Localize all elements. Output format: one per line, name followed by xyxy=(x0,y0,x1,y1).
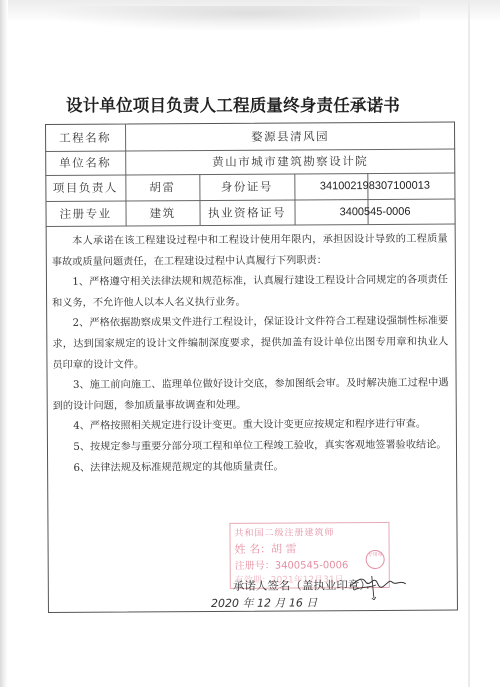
commitment-item-6: 6、法律法规及标准规范规定的其他质量责任。 xyxy=(53,456,449,479)
stamp-registration-number: 注册号：3400545-0006 xyxy=(235,556,349,572)
document-title: 设计单位项目负责人工程质量终身责任承诺书 xyxy=(66,92,426,116)
project-name-label: 工程名称 xyxy=(45,124,125,151)
seal-icon: 专用章 xyxy=(366,550,385,569)
commitment-item-2: 2、严格依据勘察成果文件进行工程设计，保证设计文件符合工程建设强制性标准要求，达… xyxy=(52,312,448,376)
project-leader-label: 项目负责人 xyxy=(45,175,125,201)
commitment-item-3: 3、施工前向施工、监理单位做好设计交底，参加图纸会审。及时解决施工过程中遇到的设… xyxy=(53,374,449,418)
registered-major-value: 建筑 xyxy=(125,200,199,225)
handwritten-signature-icon xyxy=(348,570,408,600)
id-number-label: 身份证号 xyxy=(199,173,294,200)
project-leader-value: 胡雷 xyxy=(125,174,199,200)
commitment-intro: 本人承诺在该工程建设过程中和工程设计使用年限内，承担因设计导致的工程质量事故或质… xyxy=(52,230,448,274)
registered-major-label: 注册专业 xyxy=(45,201,125,226)
unit-name-label: 单位名称 xyxy=(45,151,125,175)
scan-shadow xyxy=(40,6,420,32)
scan-right-edge xyxy=(468,0,470,687)
commitment-item-5: 5、按规定参与重要分部分项工程和单位工程竣工验收，真实客观地签署验收结论。 xyxy=(53,435,449,458)
commitment-item-4: 4、严格按照相关规定进行设计变更。重大设计变更应按规定和程序进行审查。 xyxy=(53,415,449,438)
commitment-form: 工程名称 婺源县清风园 单位名称 黄山市城市建筑勘察设计院 项目负责人 胡雷 身… xyxy=(45,121,458,612)
stamp-header: 共和国二级注册建筑师 xyxy=(234,525,334,539)
stamp-name: 姓 名：胡 雷 xyxy=(235,540,297,556)
signature-date: 2020 年 12 月 16 日 xyxy=(211,594,318,611)
qualification-cert-value: 3400545-0006 xyxy=(294,198,455,224)
commitment-item-1: 1、严格遵守相关法律法规和规范标准，认真履行建设工程设计合同规定的各项责任和义务… xyxy=(52,271,448,315)
commitment-body: 本人承诺在该工程建设过程中和工程设计使用年限内，承担因设计导致的工程质量事故或质… xyxy=(52,230,450,480)
qualification-cert-label: 执业资格证号 xyxy=(199,199,294,225)
unit-name-value: 黄山市城市建筑勘察设计院 xyxy=(125,148,455,174)
scan-left-edge xyxy=(0,0,8,687)
id-number-value: 341002198307100013 xyxy=(294,172,455,199)
project-name-value: 婺源县清风园 xyxy=(125,121,455,150)
